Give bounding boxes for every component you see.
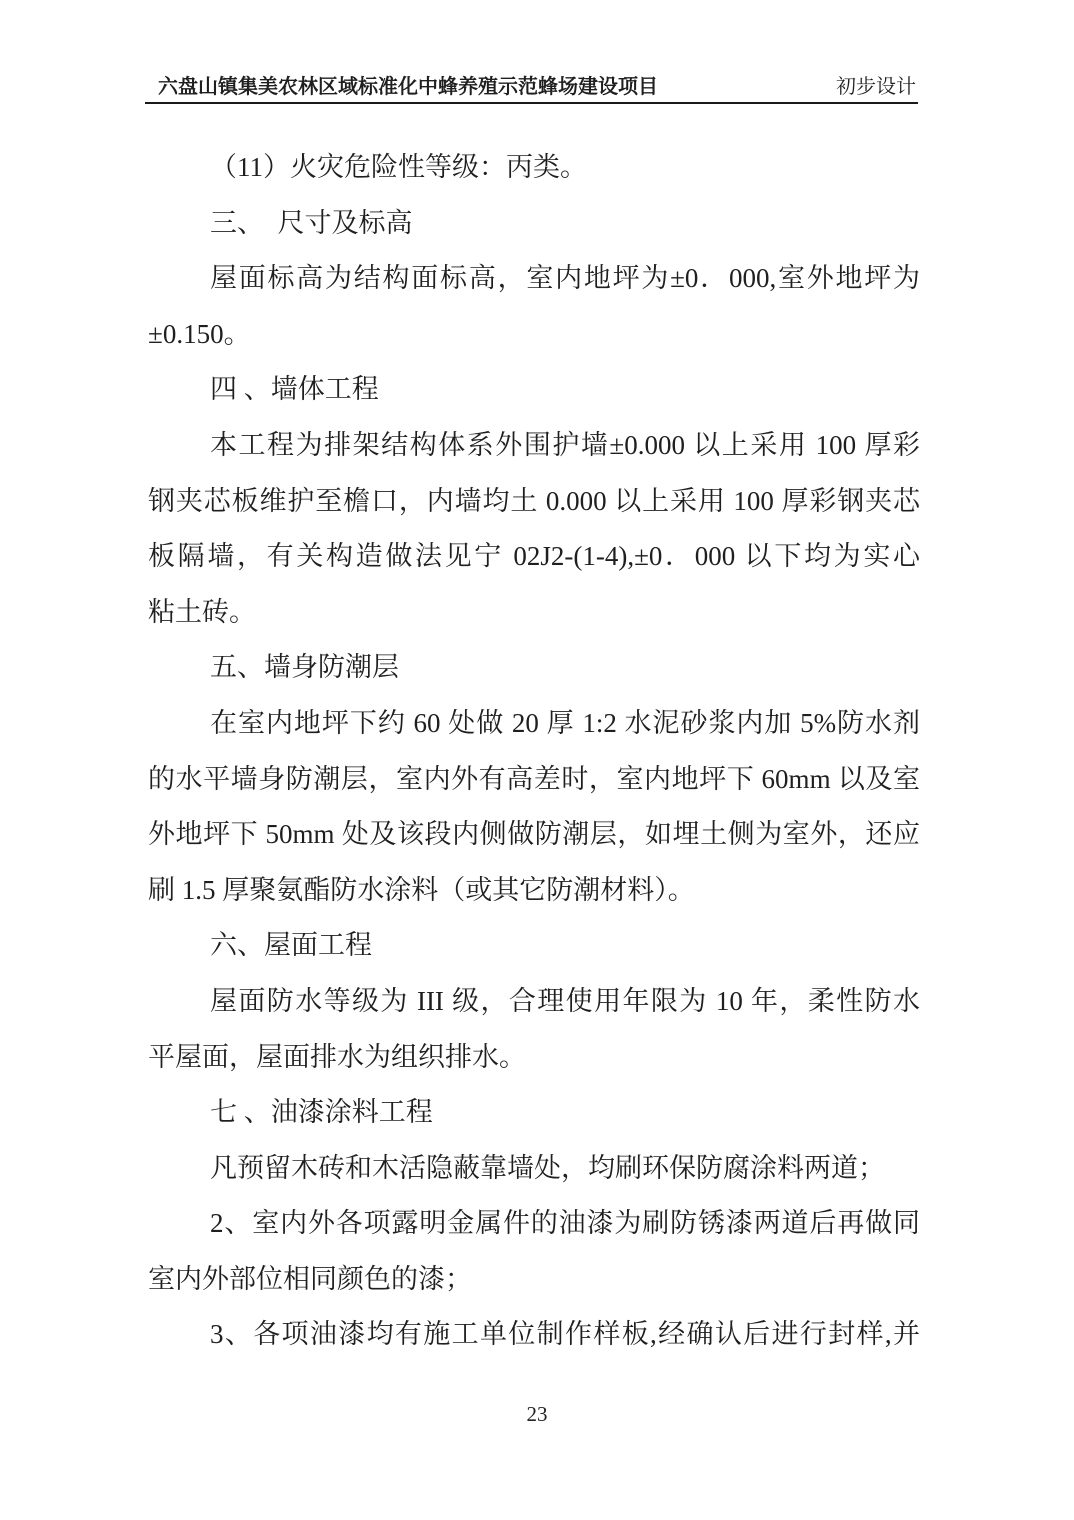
text-line: 粘土砖。 — [148, 585, 920, 641]
text-line: 钢夹芯板维护至檐口，内墙均土 0.000 以上采用 100 厚彩钢夹芯 — [148, 474, 920, 530]
page-footer: 23 — [0, 1402, 1074, 1427]
text-line: 凡预留木砖和木活隐蔽靠墙处，均刷环保防腐涂料两道； — [148, 1141, 920, 1197]
text-line: 平屋面，屋面排水为组织排水。 — [148, 1030, 920, 1086]
text-line: 屋面标高为结构面标高，室内地坪为±0．000,室外地坪为 — [148, 251, 920, 307]
text-line: 六、屋面工程 — [148, 918, 920, 974]
page-number: 23 — [527, 1402, 548, 1426]
page-header: 六盘山镇集美农林区域标准化中蜂养殖示范蜂场建设项目 初步设计 — [145, 72, 918, 104]
document-page: 六盘山镇集美农林区域标准化中蜂养殖示范蜂场建设项目 初步设计 （11）火灾危险性… — [0, 0, 1074, 1520]
header-doc-label: 初步设计 — [836, 70, 918, 99]
header-project-title: 六盘山镇集美农林区域标准化中蜂养殖示范蜂场建设项目 — [145, 70, 658, 99]
text-line: 七 、油漆涂料工程 — [148, 1085, 920, 1141]
text-line: 室内外部位相同颜色的漆； — [148, 1252, 920, 1308]
text-line: ±0.150。 — [148, 307, 920, 363]
document-body: （11）火灾危险性等级：丙类。三、 尺寸及标高屋面标高为结构面标高，室内地坪为±… — [148, 140, 920, 1363]
text-line: 五、墙身防潮层 — [148, 640, 920, 696]
text-line: 三、 尺寸及标高 — [148, 196, 920, 252]
text-line: 四 、墙体工程 — [148, 362, 920, 418]
text-line: 屋面防水等级为 III 级，合理使用年限为 10 年，柔性防水 — [148, 974, 920, 1030]
text-line: 在室内地坪下约 60 处做 20 厚 1:2 水泥砂浆内加 5%防水剂 — [148, 696, 920, 752]
text-line: 外地坪下 50mm 处及该段内侧做防潮层，如埋土侧为室外，还应 — [148, 807, 920, 863]
text-line: 2、室内外各项露明金属件的油漆为刷防锈漆两道后再做同 — [148, 1196, 920, 1252]
text-line: 3、各项油漆均有施工单位制作样板,经确认后进行封样,并 — [148, 1307, 920, 1363]
text-line: 的水平墙身防潮层，室内外有高差时，室内地坪下 60mm 以及室 — [148, 752, 920, 808]
text-line: 本工程为排架结构体系外围护墙±0.000 以上采用 100 厚彩 — [148, 418, 920, 474]
text-line: 刷 1.5 厚聚氨酯防水涂料（或其它防潮材料）。 — [148, 863, 920, 919]
text-line: （11）火灾危险性等级：丙类。 — [148, 140, 920, 196]
text-line: 板隔墙，有关构造做法见宁 02J2-(1-4),±0．000 以下均为实心 — [148, 529, 920, 585]
